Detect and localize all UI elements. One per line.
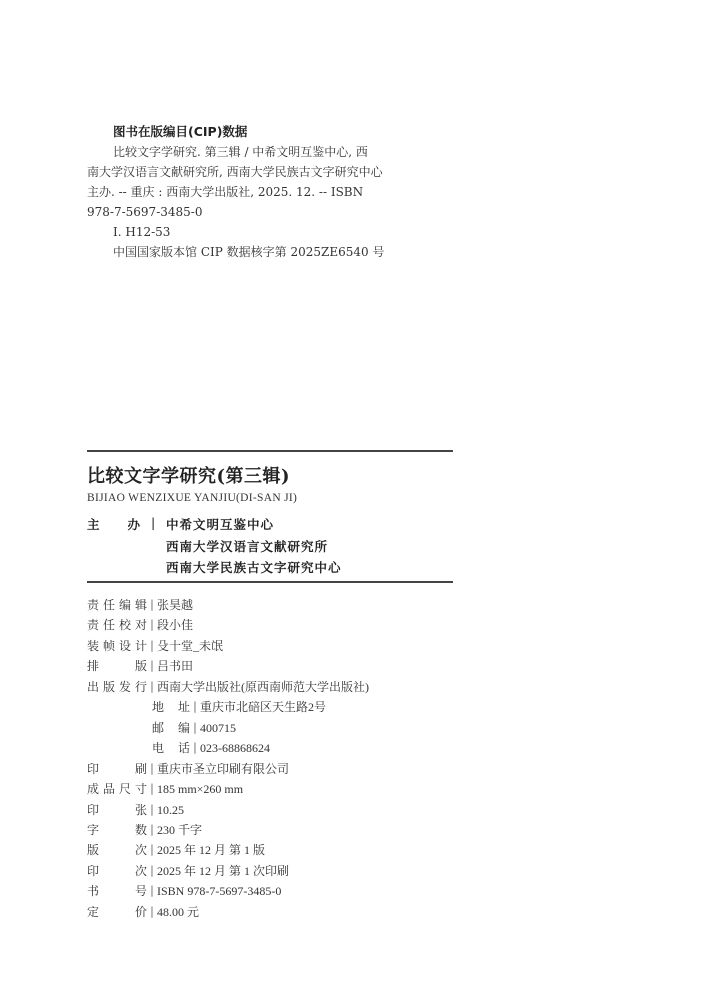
colophon-value: 2025 年 12 月 第 1 版 bbox=[157, 842, 265, 858]
sponsor-2: 西南大学汉语言文献研究所 bbox=[166, 537, 328, 555]
colophon-row: 印刷|重庆市圣立印刷有限公司 bbox=[87, 761, 289, 777]
colophon-value: 吕书田 bbox=[157, 658, 193, 674]
colophon-separator: | bbox=[147, 802, 157, 818]
colophon-label: 排版 bbox=[87, 658, 147, 674]
book-title: 比较文字学研究(第三辑) bbox=[87, 462, 290, 488]
colophon-value: 185 mm×260 mm bbox=[157, 781, 243, 797]
colophon-label: 印张 bbox=[87, 802, 147, 818]
colophon-label: 责任校对 bbox=[87, 617, 147, 633]
colophon-value: 48.00 元 bbox=[157, 904, 199, 920]
sponsor-label: 主 办 bbox=[87, 515, 141, 533]
colophon-separator: | bbox=[147, 638, 157, 654]
top-divider bbox=[87, 450, 453, 452]
colophon-value: 重庆市圣立印刷有限公司 bbox=[157, 761, 289, 777]
colophon-separator: | bbox=[147, 883, 157, 899]
sponsor-separator: | bbox=[151, 515, 156, 530]
colophon-row: 印张|10.25 bbox=[87, 802, 184, 818]
colophon-separator: | bbox=[147, 617, 157, 633]
colophon-label: 邮编 bbox=[152, 720, 190, 736]
colophon-value: 10.25 bbox=[157, 802, 184, 818]
colophon-label: 定价 bbox=[87, 904, 147, 920]
colophon-label: 装帧设计 bbox=[87, 638, 147, 654]
cip-line: 主办. -- 重庆 : 西南大学出版社, 2025. 12. -- ISBN bbox=[87, 182, 363, 202]
colophon-row: 印次|2025 年 12 月 第 1 次印刷 bbox=[87, 863, 289, 879]
colophon-label: 字数 bbox=[87, 822, 147, 838]
colophon-separator: | bbox=[147, 863, 157, 879]
colophon-row: 定价|48.00 元 bbox=[87, 904, 199, 920]
colophon-label: 出版发行 bbox=[87, 679, 147, 695]
colophon-label: 成品尺寸 bbox=[87, 781, 147, 797]
colophon-value: 2025 年 12 月 第 1 次印刷 bbox=[157, 863, 289, 879]
colophon-separator: | bbox=[190, 740, 200, 756]
colophon-separator: | bbox=[147, 761, 157, 777]
bottom-divider bbox=[87, 581, 453, 583]
colophon-value: 023-68868624 bbox=[200, 740, 270, 756]
colophon-separator: | bbox=[147, 842, 157, 858]
colophon-label: 电话 bbox=[152, 740, 190, 756]
book-pinyin-title: BIJIAO WENZIXUE YANJIU(DI-SAN JI) bbox=[87, 492, 297, 504]
colophon-separator: | bbox=[147, 679, 157, 695]
colophon-separator: | bbox=[147, 781, 157, 797]
sponsor-3: 西南大学民族古文字研究中心 bbox=[166, 558, 342, 576]
cip-line: 中国国家版本馆 CIP 数据核字第 2025ZE6540 号 bbox=[113, 242, 384, 262]
colophon-label: 印次 bbox=[87, 863, 147, 879]
colophon-label: 书号 bbox=[87, 883, 147, 899]
colophon-separator: | bbox=[147, 822, 157, 838]
cip-line: 978-7-5697-3485-0 bbox=[87, 202, 202, 222]
colophon-separator: | bbox=[147, 904, 157, 920]
colophon-separator: | bbox=[190, 720, 200, 736]
sponsor-1: 中希文明互鉴中心 bbox=[166, 515, 274, 533]
cip-line: 南大学汉语言文献研究所, 西南大学民族古文字研究中心 bbox=[87, 162, 383, 182]
colophon-value: 西南大学出版社(原西南师范大学出版社) bbox=[157, 679, 369, 695]
cip-line: Ⅰ. H12-53 bbox=[113, 222, 170, 242]
colophon-value: 张昊越 bbox=[157, 597, 193, 613]
colophon-separator: | bbox=[147, 658, 157, 674]
colophon-row: 责任校对|段小佳 bbox=[87, 617, 193, 633]
colophon-row: 责任编辑|张昊越 bbox=[87, 597, 193, 613]
colophon-row: 出版发行|西南大学出版社(原西南师范大学出版社) bbox=[87, 679, 369, 695]
colophon-value: 段小佳 bbox=[157, 617, 193, 633]
colophon-value: 400715 bbox=[200, 720, 236, 736]
colophon-row: 装帧设计|殳十堂_未氓 bbox=[87, 638, 223, 654]
colophon-row: 书号|ISBN 978-7-5697-3485-0 bbox=[87, 883, 281, 899]
colophon-row: 版次|2025 年 12 月 第 1 版 bbox=[87, 842, 265, 858]
colophon-value: 230 千字 bbox=[157, 822, 202, 838]
colophon-row: 排版|吕书田 bbox=[87, 658, 193, 674]
colophon-row: 成品尺寸|185 mm×260 mm bbox=[87, 781, 243, 797]
cip-heading: 图书在版编目(CIP)数据 bbox=[113, 122, 247, 140]
colophon-separator: | bbox=[190, 699, 200, 715]
colophon-row: 字数|230 千字 bbox=[87, 822, 202, 838]
colophon-row: 地址|重庆市北碚区天生路2号 bbox=[152, 699, 326, 715]
colophon-row: 邮编|400715 bbox=[152, 720, 236, 736]
colophon-value: ISBN 978-7-5697-3485-0 bbox=[157, 883, 281, 899]
colophon-label: 地址 bbox=[152, 699, 190, 715]
colophon-value: 殳十堂_未氓 bbox=[157, 638, 223, 654]
cip-line: 比较文字学研究. 第三辑 / 中希文明互鉴中心, 西 bbox=[113, 142, 368, 162]
colophon-value: 重庆市北碚区天生路2号 bbox=[200, 699, 326, 715]
colophon-label: 责任编辑 bbox=[87, 597, 147, 613]
colophon-row: 电话|023-68868624 bbox=[152, 740, 270, 756]
colophon-label: 版次 bbox=[87, 842, 147, 858]
colophon-separator: | bbox=[147, 597, 157, 613]
colophon-label: 印刷 bbox=[87, 761, 147, 777]
